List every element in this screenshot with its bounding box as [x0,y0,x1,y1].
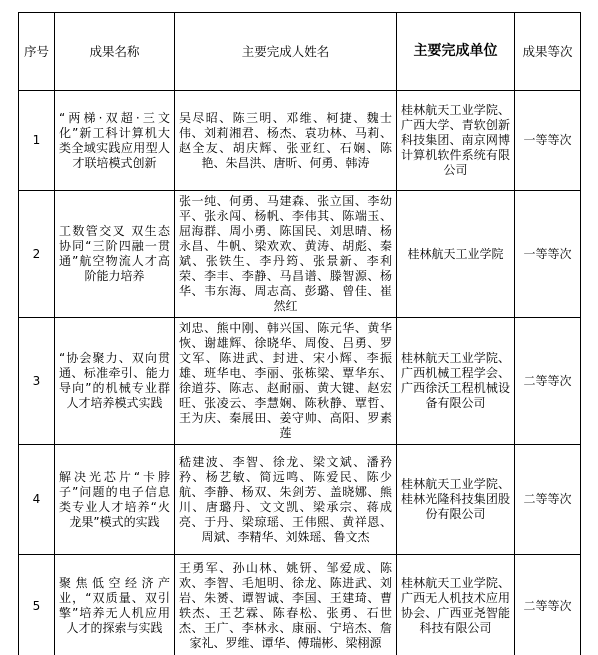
main-contributors: 王勇军、孙山林、姚钘、邹爱成、陈欢、李智、毛旭明、徐龙、陈进武、刘岩、朱赟、谭智… [175,555,397,655]
achievement-level: 二等等次 [515,555,581,655]
table-header: 序号 成果名称 主要完成人姓名 主要完成单位 成果等次 [19,13,581,91]
row-number: 2 [19,191,55,318]
achievement-level: 二等等次 [515,318,581,445]
row-number: 4 [19,445,55,555]
achievement-name: 解决光芯片“卡脖子”问题的电子信息类专业人才培养“火龙果”模式的实践 [55,445,175,555]
row-number: 1 [19,91,55,191]
header-main-contributors: 主要完成人姓名 [175,13,397,91]
table-body: 1 “两梯·双超·三文化”新工科计算机大类全域实践应用型人才联培模式创新 吴尽昭… [19,91,581,655]
header-no: 序号 [19,13,55,91]
main-contributors: 刘忠、熊中刚、韩兴国、陈元华、黄华恢、谢雄辉、徐晓华、周俊、吕勇、罗文军、陈进武… [175,318,397,445]
main-units: 桂林航天工业学院、广西无人机技术应用协会、广西亚尧智能科技有限公司 [397,555,515,655]
main-contributors: 吴尽昭、陈三明、邓维、柯捷、魏士伟、刘莉湘君、杨杰、袁功林、马莉、赵全友、胡庆辉… [175,91,397,191]
table-row: 3 “协会聚力、双向贯通、标准牵引、能力导向”的机械专业群人才培养模式实践 刘忠… [19,318,581,445]
main-contributors: 张一纯、何勇、马建森、张立国、李幼平、张永闯、杨帆、李伟其、陈端玉、屈海群、周小… [175,191,397,318]
row-number: 5 [19,555,55,655]
table-row: 1 “两梯·双超·三文化”新工科计算机大类全域实践应用型人才联培模式创新 吴尽昭… [19,91,581,191]
main-contributors: 嵇建波、李智、徐龙、梁文斌、潘矜矜、杨艺敏、简远鸣、陈爱民、陈少航、李静、杨双、… [175,445,397,555]
achievement-level: 一等等次 [515,91,581,191]
table-row: 5 聚焦低空经济产业，“双质量、双引擎”培养无人机应用人才的探索与实践 王勇军、… [19,555,581,655]
awards-table: 序号 成果名称 主要完成人姓名 主要完成单位 成果等次 1 “两梯·双超·三文化… [18,12,581,655]
achievement-level: 二等等次 [515,445,581,555]
row-number: 3 [19,318,55,445]
header-main-units: 主要完成单位 [397,13,515,91]
achievement-name: “两梯·双超·三文化”新工科计算机大类全域实践应用型人才联培模式创新 [55,91,175,191]
main-units: 桂林航天工业学院、广西大学、青软创新科技集团、南京网博计算机软件系统有限公司 [397,91,515,191]
header-achievement-level: 成果等次 [515,13,581,91]
table-row: 4 解决光芯片“卡脖子”问题的电子信息类专业人才培养“火龙果”模式的实践 嵇建波… [19,445,581,555]
achievement-level: 一等等次 [515,191,581,318]
achievement-name: 聚焦低空经济产业，“双质量、双引擎”培养无人机应用人才的探索与实践 [55,555,175,655]
header-achievement-name: 成果名称 [55,13,175,91]
header-row: 序号 成果名称 主要完成人姓名 主要完成单位 成果等次 [19,13,581,91]
main-units: 桂林航天工业学院 [397,191,515,318]
achievement-name: “协会聚力、双向贯通、标准牵引、能力导向”的机械专业群人才培养模式实践 [55,318,175,445]
achievement-name: 工数管交叉 双生态协同“三阶四融一贯通”航空物流人才高阶能力培养 [55,191,175,318]
main-units: 桂林航天工业学院、桂林光隆科技集团股份有限公司 [397,445,515,555]
main-units: 桂林航天工业学院、广西机械工程学会、广西徐沃工程机械设备有限公司 [397,318,515,445]
table-row: 2 工数管交叉 双生态协同“三阶四融一贯通”航空物流人才高阶能力培养 张一纯、何… [19,191,581,318]
